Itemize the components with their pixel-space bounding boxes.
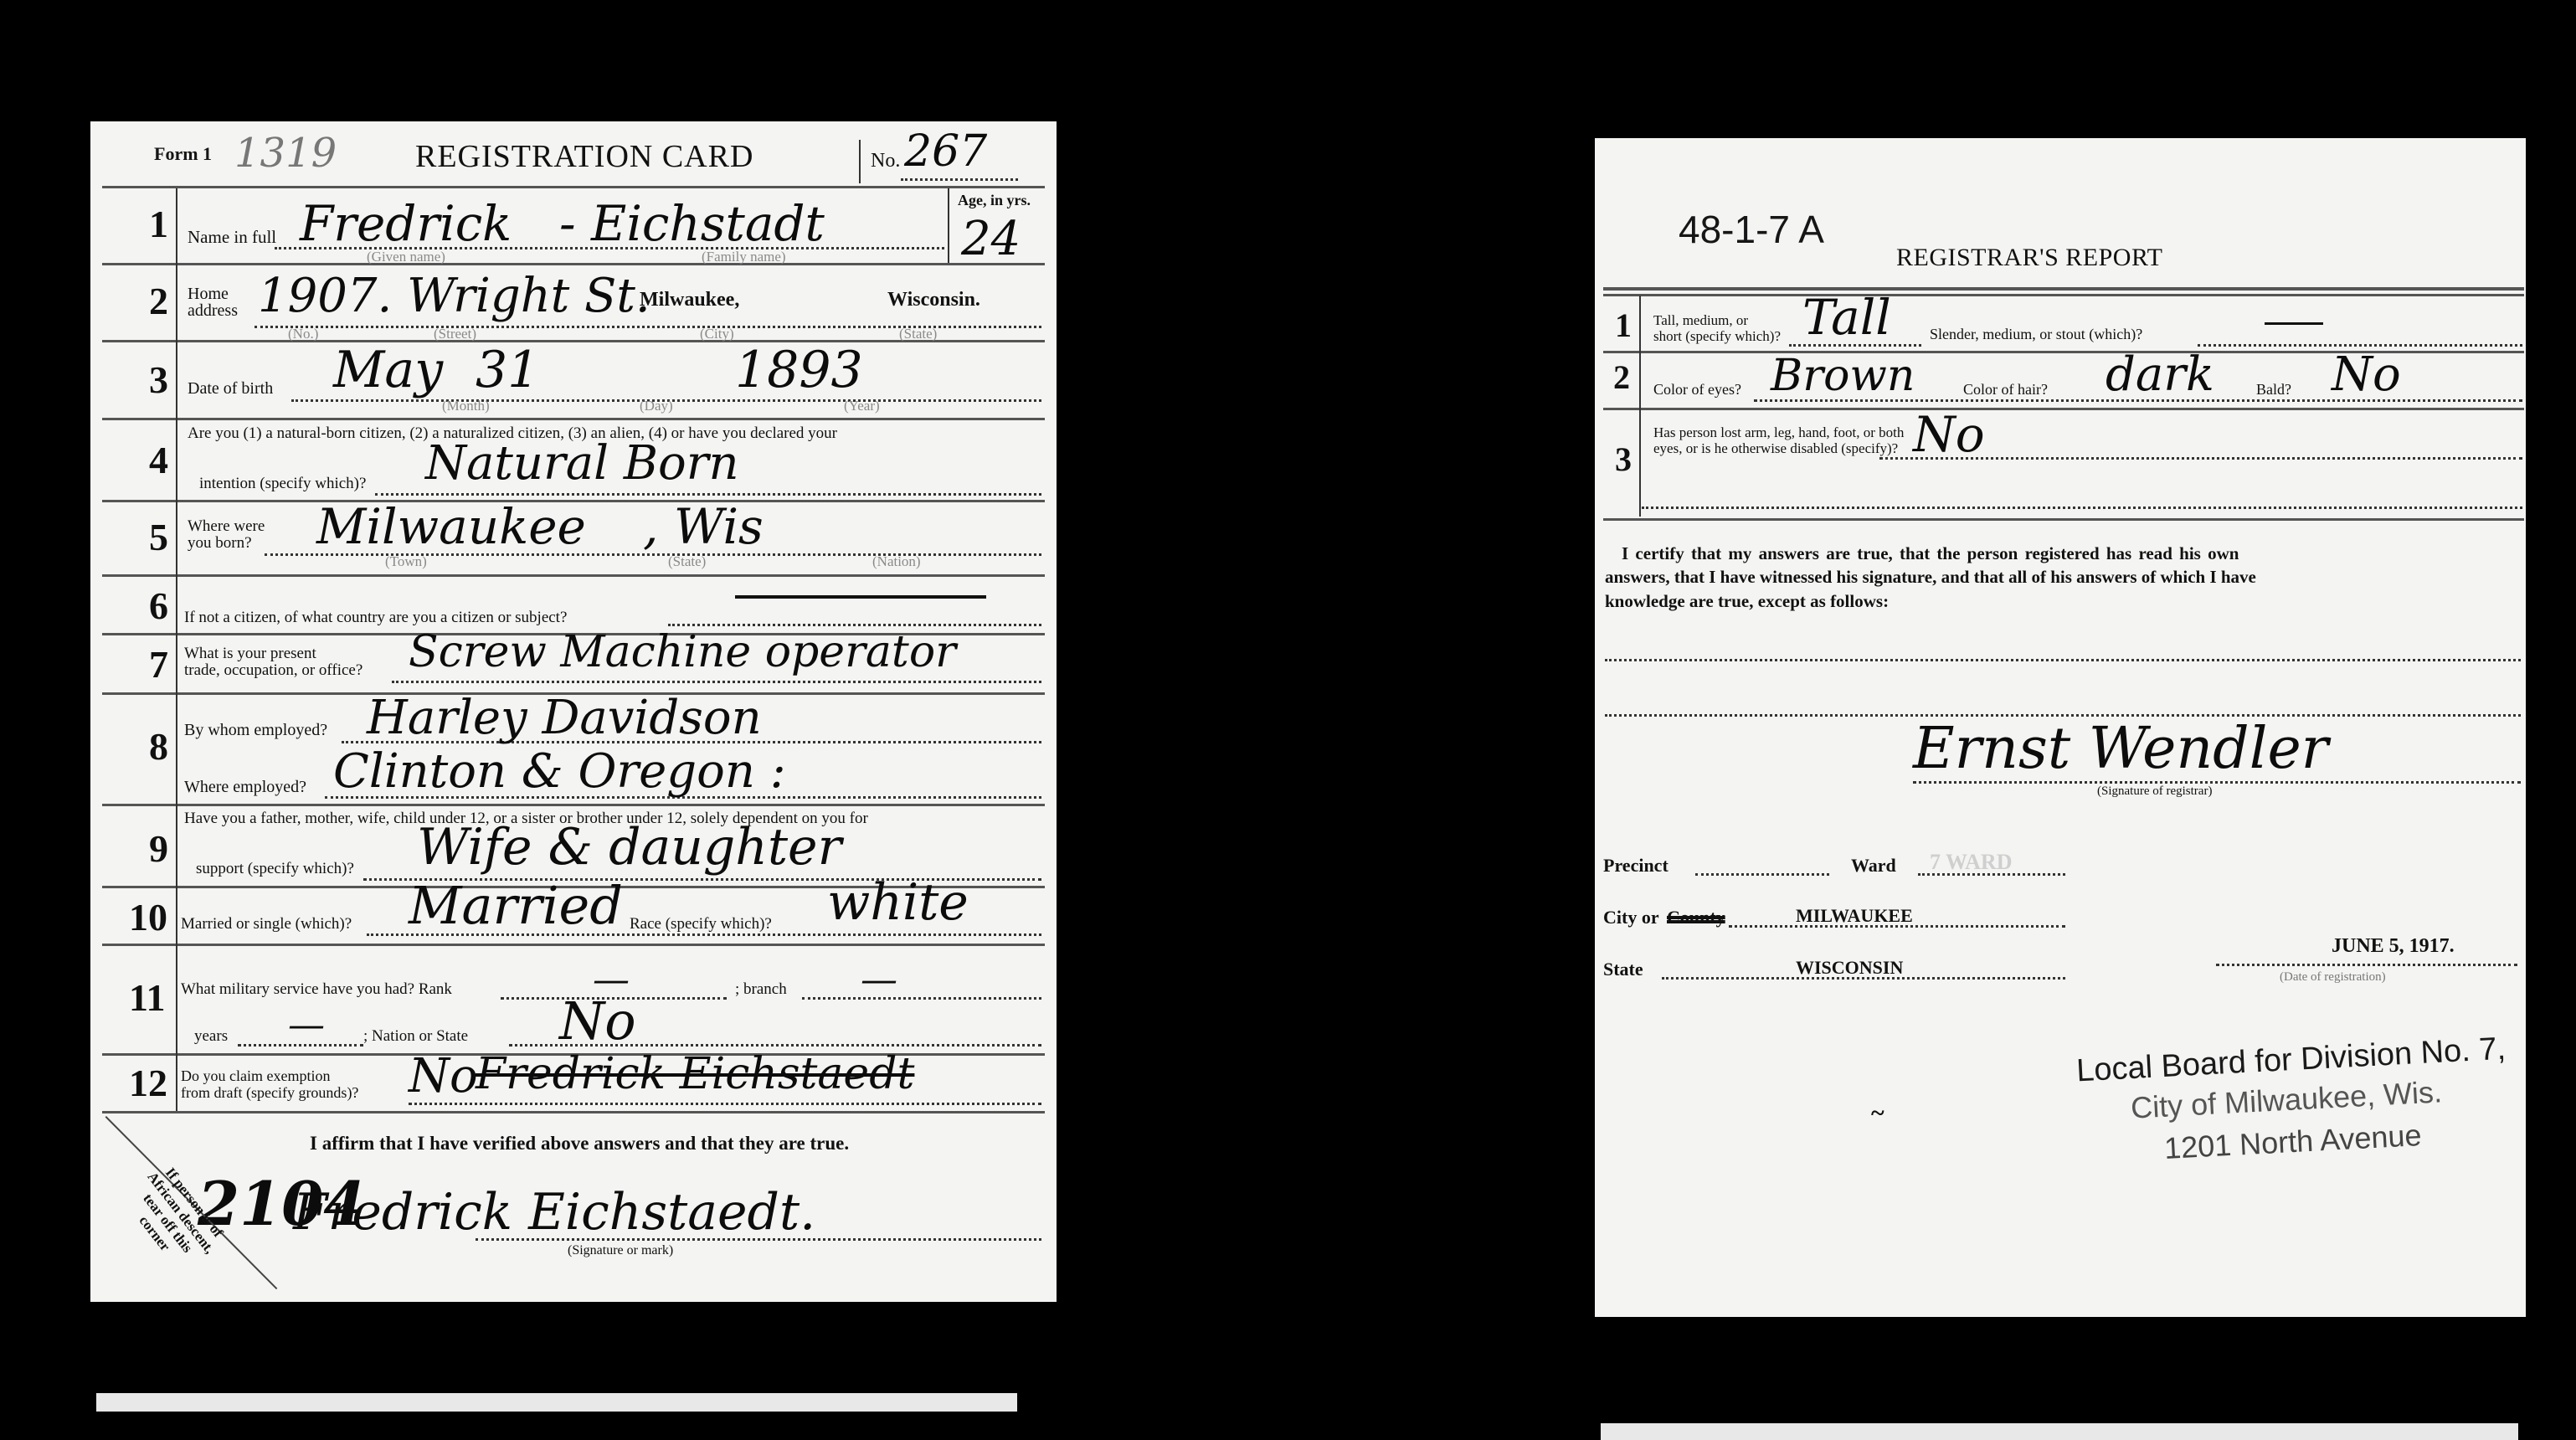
caption-month: (Month) bbox=[442, 398, 490, 414]
marital-label: Married or single (which)? bbox=[181, 915, 352, 933]
height-label-2: short (specify which)? bbox=[1653, 328, 1781, 344]
caption-street: (Street) bbox=[434, 326, 476, 342]
next-card-edge-right bbox=[1601, 1423, 2518, 1440]
race-label: Race (specify which)? bbox=[630, 915, 772, 933]
hair-color-answer: dark bbox=[2106, 347, 2214, 402]
registration-card: Form 1 1319 REGISTRATION CARD No. 267 1 … bbox=[90, 121, 1057, 1302]
nation-label: ; Nation or State bbox=[363, 1027, 468, 1046]
certify-line-2: answers, that I have witnessed his signa… bbox=[1605, 567, 2256, 588]
date-caption: (Date of registration) bbox=[2280, 970, 2386, 985]
caption-day: (Day) bbox=[640, 398, 673, 414]
row-number-6: 6 bbox=[149, 584, 168, 628]
row-number-1: 1 bbox=[149, 202, 168, 246]
dependents-answer: Wife & daughter bbox=[417, 818, 841, 877]
bald-label: Bald? bbox=[2256, 381, 2291, 399]
certify-line-3: knowledge are true, except as follows: bbox=[1605, 591, 1889, 612]
bald-answer: No bbox=[2332, 347, 2401, 402]
stamp-line-1: Local Board for Division No. 7, bbox=[2075, 1031, 2507, 1090]
stamp-line-3: 1201 North Avenue bbox=[2163, 1118, 2422, 1166]
citizenship-answer: Natural Born bbox=[425, 436, 739, 491]
card-title: REGISTRATION CARD bbox=[415, 138, 753, 175]
employer-label: By whom employed? bbox=[184, 721, 327, 740]
disability-label-1: Has person lost arm, leg, hand, foot, or… bbox=[1653, 424, 1904, 440]
birth-day: 31 bbox=[476, 341, 539, 399]
exemption-struck-signature: Fredrick Eichstaedt bbox=[476, 1049, 914, 1099]
report-row-number-2: 2 bbox=[1613, 357, 1630, 397]
city-value: MILWAUKEE bbox=[1796, 905, 1913, 927]
dob-label: Date of birth bbox=[188, 379, 273, 399]
height-answer: Tall bbox=[1802, 289, 1891, 346]
row-number-3: 3 bbox=[149, 357, 168, 402]
given-name: Fredrick bbox=[300, 195, 512, 252]
row-number-5: 5 bbox=[149, 515, 168, 559]
report-row-number-1: 1 bbox=[1615, 306, 1632, 345]
caption-state: (State) bbox=[899, 326, 937, 342]
row-number-10: 10 bbox=[129, 895, 167, 939]
birth-state: , Wis bbox=[643, 498, 764, 555]
disability-label-2: eyes, or is he otherwise disabled (speci… bbox=[1653, 440, 1898, 456]
exemption-answer-prefix: No bbox=[409, 1049, 478, 1103]
military-nation: No bbox=[559, 990, 636, 1052]
number-label: No. bbox=[871, 150, 900, 172]
row-number-8: 8 bbox=[149, 724, 168, 769]
serial-number: 1319 bbox=[234, 130, 337, 177]
caption-no: (No.) bbox=[288, 326, 318, 342]
state-label: State bbox=[1603, 959, 1643, 980]
stray-mark: ~ bbox=[1871, 1099, 1884, 1128]
affirmation-text: I affirm that I have verified above answ… bbox=[310, 1133, 849, 1155]
foreign-citizen-label: If not a citizen, of what country are yo… bbox=[184, 609, 567, 627]
registrant-signature: Fredrick Eichstaedt. bbox=[293, 1183, 815, 1242]
caption-nation: (Nation) bbox=[872, 553, 921, 570]
registrar-caption: (Signature of registrar) bbox=[2097, 784, 2212, 799]
exemption-label-1: Do you claim exemption bbox=[181, 1067, 330, 1084]
row-number-7: 7 bbox=[149, 642, 168, 687]
row-number-9: 9 bbox=[149, 826, 168, 871]
height-label-1: Tall, medium, or bbox=[1653, 312, 1748, 328]
precinct-label: Precinct bbox=[1603, 855, 1668, 877]
report-code: 48-1-7 A bbox=[1679, 207, 1824, 252]
registrar-signature: Ernst Wendler bbox=[1913, 716, 2328, 782]
given-name-caption: (Given name) bbox=[367, 249, 445, 265]
row-number-12: 12 bbox=[129, 1061, 167, 1105]
military-branch: — bbox=[861, 959, 897, 1001]
certify-line-1: I certify that my answers are true, that… bbox=[1622, 543, 2239, 564]
registrars-report-card: 48-1-7 A REGISTRAR'S REPORT 1 Tall, medi… bbox=[1595, 138, 2526, 1317]
birth-town: Milwaukee bbox=[316, 498, 586, 555]
build-label: Slender, medium, or stout (which)? bbox=[1930, 326, 2142, 343]
birthplace-label-1: Where were bbox=[188, 518, 265, 535]
ward-label: Ward bbox=[1851, 855, 1896, 877]
eye-color-answer: Brown bbox=[1771, 351, 1915, 401]
row-number-2: 2 bbox=[149, 279, 168, 323]
birth-month: May bbox=[333, 341, 443, 399]
age-value: 24 bbox=[961, 212, 1021, 266]
work-location-label: Where employed? bbox=[184, 778, 306, 797]
ward-value: 7 WARD bbox=[1930, 850, 2012, 875]
age-label: Age, in yrs. bbox=[958, 192, 1031, 209]
number-column-divider bbox=[176, 188, 177, 1111]
citizenship-label: intention (specify which)? bbox=[199, 475, 366, 493]
row-number-11: 11 bbox=[129, 975, 165, 1020]
home-address-label-2: address bbox=[188, 302, 238, 319]
city-label: City or bbox=[1603, 907, 1659, 928]
report-number-column-divider bbox=[1639, 296, 1641, 517]
exceptions-line-1 bbox=[1605, 659, 2521, 661]
years-label: years bbox=[194, 1027, 228, 1046]
foreign-citizen-dash bbox=[735, 595, 986, 599]
signature-caption: (Signature or mark) bbox=[568, 1243, 673, 1258]
caption-birth-state: (State) bbox=[668, 553, 706, 570]
family-name: - Eichstadt bbox=[559, 195, 825, 252]
military-years: — bbox=[288, 1004, 325, 1047]
branch-label: ; branch bbox=[735, 980, 787, 999]
dependents-label: support (specify which)? bbox=[196, 860, 354, 878]
occupation-answer: Screw Machine operator bbox=[409, 627, 956, 677]
marital-answer: Married bbox=[409, 875, 623, 936]
occupation-label-2: trade, occupation, or office? bbox=[184, 662, 362, 679]
caption-year: (Year) bbox=[844, 398, 880, 414]
birth-year: 1893 bbox=[735, 341, 863, 399]
row-number-4: 4 bbox=[149, 438, 168, 482]
birthplace-label-2: you born? bbox=[188, 535, 252, 552]
report-row-number-3: 3 bbox=[1615, 440, 1632, 479]
employer-answer: Harley Davidson bbox=[367, 691, 762, 745]
family-name-caption: (Family name) bbox=[702, 249, 786, 265]
registration-date: JUNE 5, 1917. bbox=[2332, 935, 2455, 958]
caption-town: (Town) bbox=[385, 553, 427, 570]
exemption-label-2: from draft (specify grounds)? bbox=[181, 1084, 358, 1101]
hair-color-label: Color of hair? bbox=[1963, 381, 2048, 399]
caption-city: (City) bbox=[700, 326, 734, 342]
name-label: Name in full bbox=[188, 227, 276, 248]
military-label: What military service have you had? Rank bbox=[181, 980, 452, 999]
registration-number: 267 bbox=[904, 126, 987, 177]
home-address-label-1: Home bbox=[188, 285, 229, 302]
eye-color-label: Color of eyes? bbox=[1653, 381, 1741, 399]
build-answer-dash bbox=[2265, 322, 2323, 325]
address-state: Wisconsin. bbox=[887, 289, 980, 311]
form-label: Form 1 bbox=[154, 143, 212, 165]
county-struck: County bbox=[1667, 907, 1725, 928]
occupation-label-1: What is your present bbox=[184, 645, 316, 662]
work-location-answer: Clinton & Oregon : bbox=[333, 744, 786, 799]
race-answer: white bbox=[827, 873, 969, 932]
disability-answer: No bbox=[1913, 406, 1985, 463]
address-city: Milwaukee, bbox=[640, 289, 739, 311]
street-address: 1907. Wright St. bbox=[258, 269, 650, 323]
next-card-edge-left bbox=[96, 1393, 1017, 1412]
report-title: REGISTRAR'S REPORT bbox=[1896, 244, 2163, 272]
state-value: WISCONSIN bbox=[1796, 957, 1903, 979]
